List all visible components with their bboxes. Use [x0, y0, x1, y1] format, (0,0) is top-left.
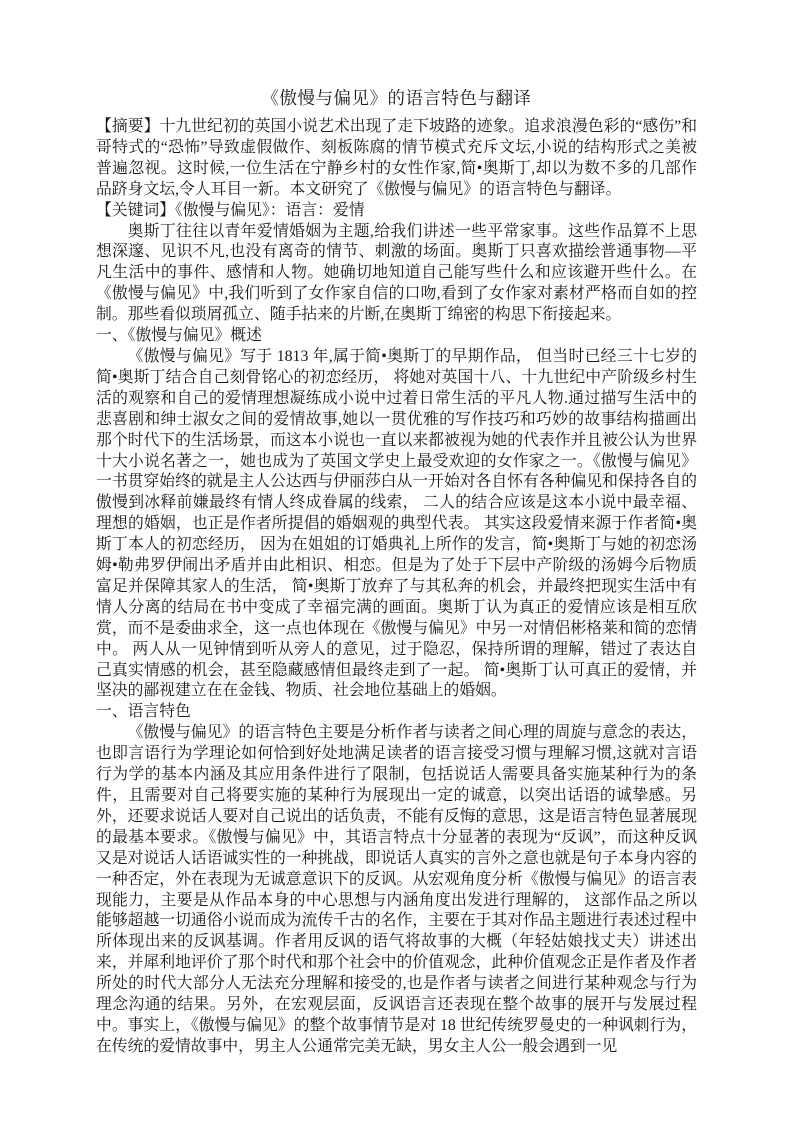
section-heading: 一、语言特色 [96, 702, 697, 723]
page-title: 《傲慢与偏见》的语言特色与翻译 [96, 86, 697, 110]
body-paragraph: 《傲慢与偏见》写于 1813 年,属于简•奥斯丁的早期作品， 但当时已经三十七岁… [96, 347, 697, 702]
keywords-line: 【关键词】《傲慢与偏见》：语言：爱情 [96, 201, 697, 222]
body-paragraph: 奥斯丁往往以青年爱情婚姻为主题,给我们讲述一些平常家事。这些作品算不上思想深邃、… [96, 222, 697, 327]
abstract-paragraph: 【摘要】十九世纪初的英国小说艺术出现了走下坡路的迹象。追求浪漫色彩的“感伤”和哥… [96, 117, 697, 201]
document-body: 【摘要】十九世纪初的英国小说艺术出现了走下坡路的迹象。追求浪漫色彩的“感伤”和哥… [96, 117, 697, 1058]
section-heading: 一、《傲慢与偏见》概述 [96, 326, 697, 347]
body-paragraph: 《傲慢与偏见》的语言特色主要是分析作者与读者之间心理的周旋与意念的表达，也即言语… [96, 723, 697, 1058]
document-page: 《傲慢与偏见》的语言特色与翻译 【摘要】十九世纪初的英国小说艺术出现了走下坡路的… [0, 0, 793, 1122]
document-content: 《傲慢与偏见》的语言特色与翻译 【摘要】十九世纪初的英国小说艺术出现了走下坡路的… [96, 86, 697, 1058]
